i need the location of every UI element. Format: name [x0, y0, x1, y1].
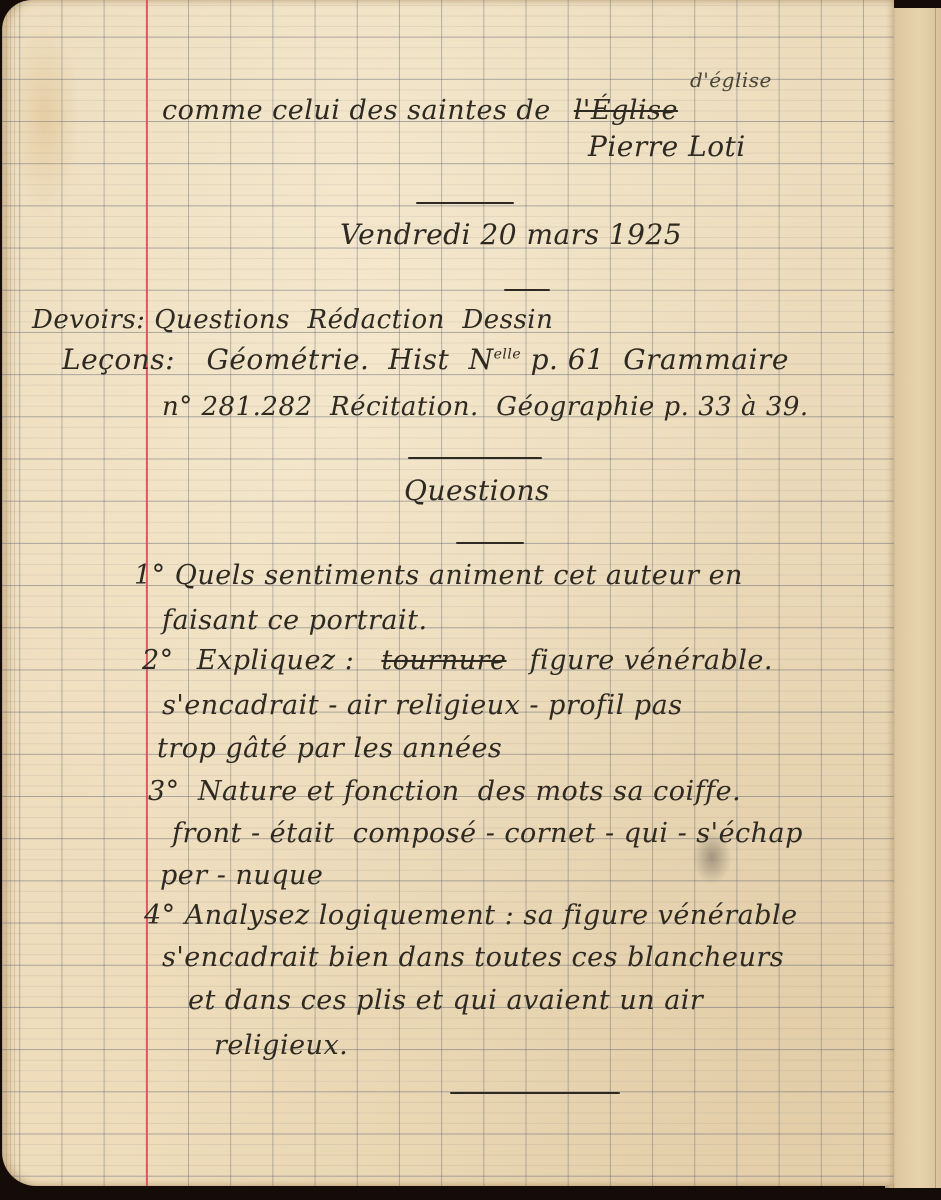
- grid-line: [935, 8, 936, 1188]
- question-line: trop gâté par les années: [157, 733, 502, 764]
- question-line: Quels sentiments animent cet auteur en: [175, 560, 743, 591]
- lecons-line-1: Leçons: Géométrie. Hist Nelle p. 61 Gram…: [62, 343, 789, 376]
- section-title: Questions: [404, 474, 550, 507]
- devoirs-line: Devoirs: Questions Rédaction Dessin: [32, 305, 553, 335]
- question-line: faisant ce portrait.: [162, 605, 428, 636]
- devoirs-list: Questions Rédaction Dessin: [154, 305, 553, 335]
- age-stain: [10, 20, 80, 220]
- lecons-label: Leçons:: [62, 343, 175, 376]
- question-number: 2°: [142, 645, 174, 676]
- question-3: 3° Nature et fonction des mots sa coiffe…: [148, 776, 741, 807]
- divider: [504, 289, 550, 291]
- lecons-line-2: n° 281.282 Récitation. Géographie p. 33 …: [162, 392, 809, 422]
- lecons-superscript: elle: [494, 347, 522, 363]
- struck-word: tournure: [381, 645, 506, 676]
- question-4: 4° Analysez logiquement : sa figure véné…: [144, 900, 798, 931]
- question-number: 4°: [144, 900, 176, 931]
- question-line: Analysez logiquement : sa figure vénérab…: [185, 900, 798, 931]
- question-line: et dans ces plis et qui avaient un air: [188, 985, 703, 1016]
- question-line: s'encadrait bien dans toutes ces blanche…: [162, 942, 784, 973]
- struck-word: l'Église: [574, 95, 678, 126]
- question-line: figure vénérable.: [530, 645, 773, 676]
- question-line: s'encadrait - air religieux - profil pas: [162, 690, 683, 721]
- question-line: per - nuque: [160, 860, 323, 891]
- question-number: 3°: [148, 776, 180, 807]
- divider: [456, 542, 524, 544]
- question-line: religieux.: [214, 1030, 348, 1061]
- lecons-subjects: Géométrie. Hist: [206, 343, 449, 376]
- date-heading: Vendredi 20 mars 1925: [340, 218, 682, 251]
- divider: [450, 1092, 620, 1094]
- question-1: 1° Quels sentiments animent cet auteur e…: [134, 560, 743, 591]
- divider: [408, 457, 542, 459]
- red-margin-line: [146, 0, 148, 1186]
- lecons-page-ref: p. 61 Grammaire: [531, 343, 789, 376]
- question-label: Expliquez :: [197, 645, 355, 676]
- divider: [416, 202, 514, 204]
- quote-line: comme celui des saintes de l'Église: [162, 95, 678, 126]
- question-2: 2° Expliquez : tournure figure vénérable…: [142, 645, 773, 676]
- devoirs-label: Devoirs:: [32, 305, 145, 335]
- question-number: 1°: [134, 560, 166, 591]
- question-line: Nature et fonction des mots sa coiffe.: [198, 776, 741, 807]
- lecons-abbrev: N: [469, 343, 494, 376]
- quote-text: comme celui des saintes de: [162, 95, 551, 126]
- notebook-page: d'église comme celui des saintes de l'Ég…: [2, 0, 894, 1186]
- correction-above: d'église: [690, 68, 772, 92]
- question-line: front - était composé - cornet - qui - s…: [172, 818, 803, 849]
- quote-author: Pierre Loti: [588, 130, 746, 163]
